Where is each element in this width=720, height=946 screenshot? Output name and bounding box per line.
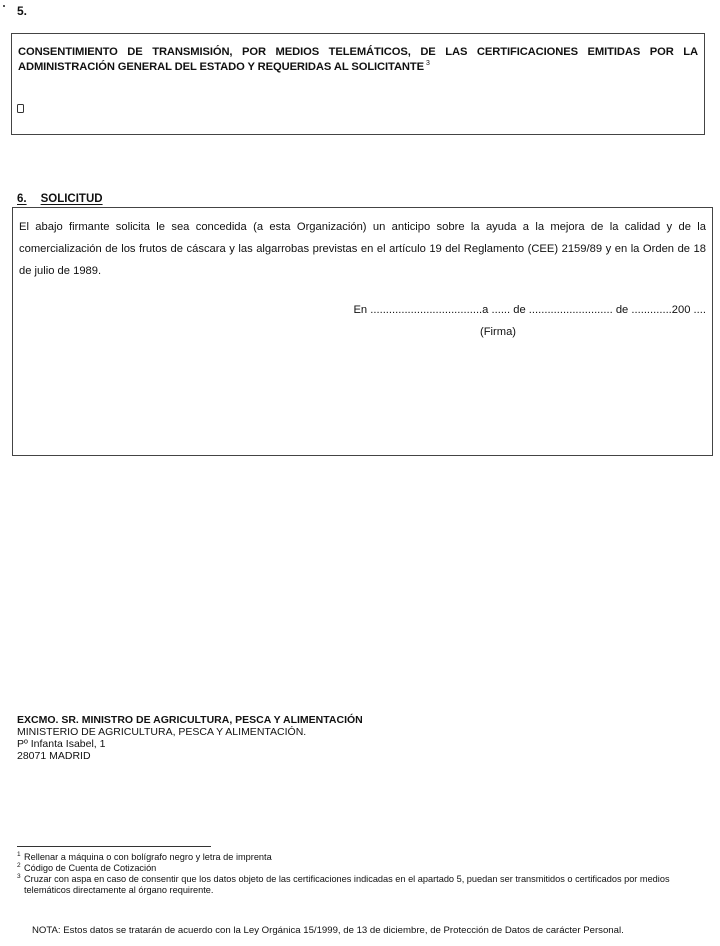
- footnote-3: 3Cruzar con aspa en caso de consentir qu…: [17, 874, 707, 896]
- footnote-ref-3: 3: [426, 60, 430, 67]
- footnote-2: 2Código de Cuenta de Cotización: [17, 863, 707, 874]
- footnote-1-text: Rellenar a máquina o con bolígrafo negro…: [24, 852, 272, 862]
- section-6-request-box: El abajo firmante solicita le sea conced…: [12, 207, 713, 456]
- consent-checkbox[interactable]: [17, 104, 24, 113]
- footnote-2-text: Código de Cuenta de Cotización: [24, 863, 156, 873]
- footnote-1-ref: 1: [17, 849, 21, 860]
- addressee-block: EXCMO. SR. MINISTRO DE AGRICULTURA, PESC…: [17, 714, 363, 762]
- footnote-3-text: Cruzar con aspa en caso de consentir que…: [24, 874, 670, 895]
- section-6-number: 6.: [17, 193, 27, 205]
- section-6-heading: 6.SOLICITUD: [17, 193, 103, 205]
- footnote-3-ref: 3: [17, 871, 21, 882]
- addressee-title: EXCMO. SR. MINISTRO DE AGRICULTURA, PESC…: [17, 714, 363, 726]
- scan-artifact-dot: [3, 5, 5, 7]
- section-6-title: SOLICITUD: [41, 193, 103, 205]
- section-5-title: CONSENTIMIENTO DE TRANSMISIÓN, POR MEDIO…: [18, 46, 698, 73]
- place-date-line[interactable]: En ....................................a…: [353, 304, 706, 316]
- data-protection-note: NOTA: Estos datos se tratarán de acuerdo…: [32, 925, 624, 936]
- signature-label: (Firma): [480, 326, 516, 338]
- request-statement: El abajo firmante solicita le sea conced…: [19, 216, 706, 282]
- addressee-street: Pº Infanta Isabel, 1: [17, 738, 363, 750]
- footnote-1: 1Rellenar a máquina o con bolígrafo negr…: [17, 852, 707, 863]
- footnote-2-ref: 2: [17, 860, 21, 871]
- addressee-ministry: MINISTERIO DE AGRICULTURA, PESCA Y ALIME…: [17, 726, 363, 738]
- addressee-city: 28071 MADRID: [17, 750, 363, 762]
- section-5-consent-box: CONSENTIMIENTO DE TRANSMISIÓN, POR MEDIO…: [11, 33, 705, 135]
- footnotes: 1Rellenar a máquina o con bolígrafo negr…: [17, 852, 707, 896]
- section-5-title-text: CONSENTIMIENTO DE TRANSMISIÓN, POR MEDIO…: [18, 46, 698, 73]
- section-5-number: 5.: [17, 4, 27, 18]
- footnote-divider: [17, 846, 211, 847]
